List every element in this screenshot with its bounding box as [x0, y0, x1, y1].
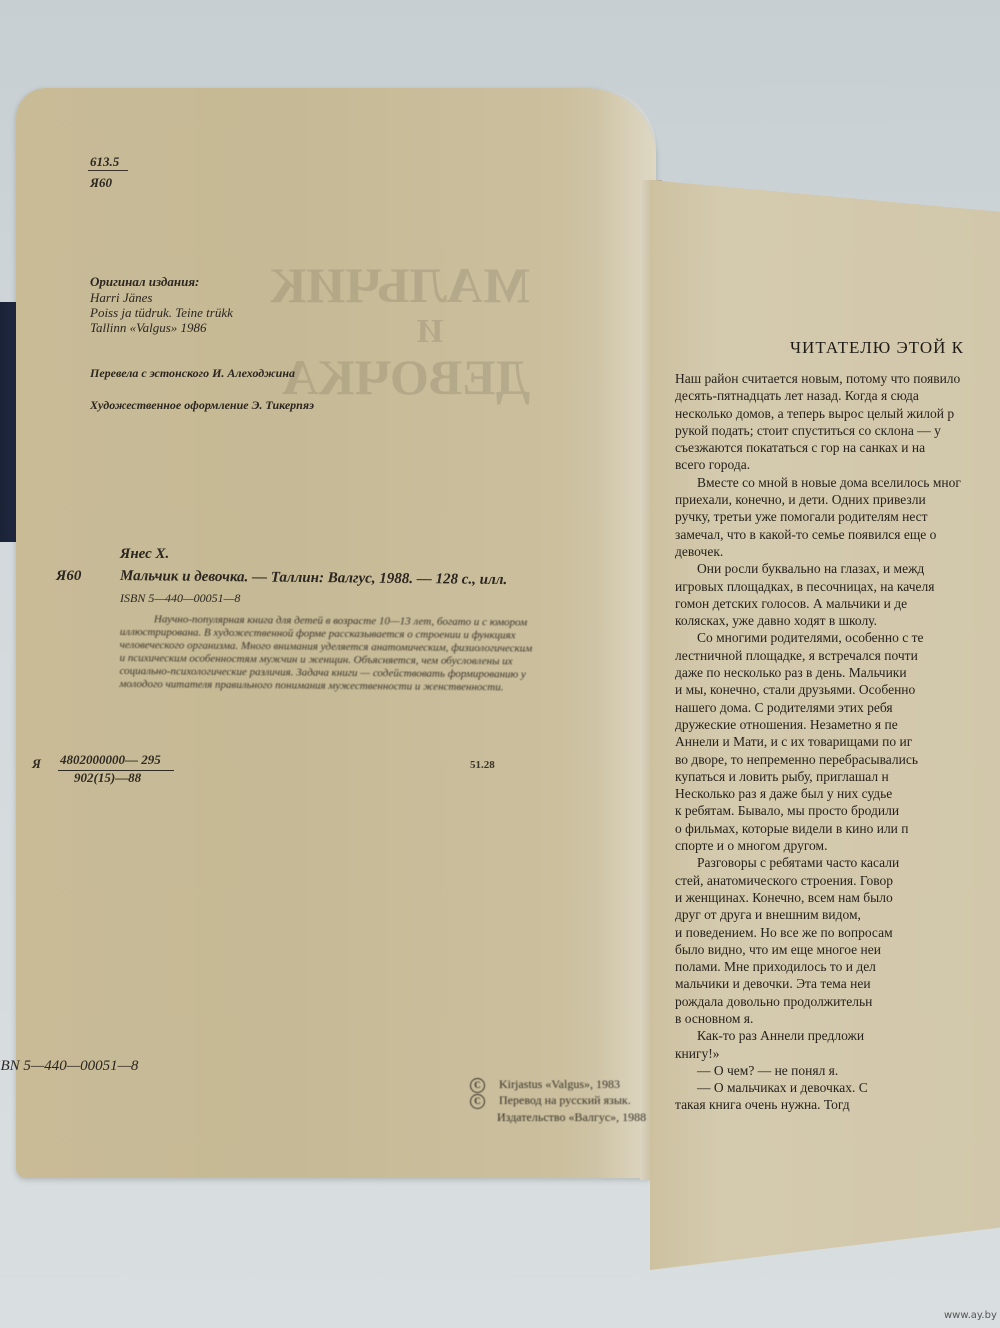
ghost-line: ДЕВОЧКА — [330, 350, 530, 405]
body-line: купаться и ловить рыбу, приглашал н — [675, 768, 1000, 785]
copyright-icon: C — [470, 1094, 485, 1109]
body-line: Как-то раз Аннели предложи — [675, 1027, 1000, 1044]
body-line: в основном я. — [675, 1010, 1000, 1027]
body-line: гомон детских голосов. А мальчики и де — [675, 595, 1000, 612]
body-line: Они росли буквально на глазах, и межд — [675, 560, 1000, 577]
body-line: Со многими родителями, особенно с те — [675, 629, 1000, 646]
udk-divider — [88, 170, 128, 171]
body-line: девочек. — [675, 543, 1000, 560]
body-line: и мы, конечно, стали друзьями. Особенно — [675, 681, 1000, 698]
fraction-numerator: 4802000000— 295 — [60, 752, 161, 768]
copyright-line: CKirjastus «Valgus», 1983 — [470, 1077, 620, 1093]
show-through-title: МАЛЬЧИК И ДЕВОЧКА — [330, 258, 530, 405]
watermark: www.ay.by — [944, 1310, 997, 1321]
copyright-line: CПеревод на русский язык. — [470, 1093, 631, 1109]
body-line: всего города. — [675, 456, 1000, 473]
body-line: такая книга очень нужна. Тогд — [675, 1096, 1000, 1113]
body-line: рождала довольно продолжительн — [675, 993, 1000, 1010]
body-line: замечал, что в какой-то семье появился е… — [675, 526, 1000, 543]
body-line: книгу!» — [675, 1045, 1000, 1062]
body-line: и поведением. Но все же по вопросам — [675, 924, 1000, 941]
copyright-icon: C — [470, 1078, 485, 1093]
isbn-bottom: ISBN 5—440—00051—8 — [0, 1058, 138, 1075]
body-line: рукой подать; стоит спуститься со склона… — [675, 422, 1000, 439]
original-edition-line: Harri Jänes — [90, 290, 152, 305]
copyright-text: Kirjastus «Valgus», 1983 — [499, 1077, 620, 1091]
body-line: колясках, уже давно ходят в школу. — [675, 612, 1000, 629]
translator-credit: Перевела с эстонского И. Алеходжина — [90, 366, 295, 381]
udk-top: 613.5 — [90, 154, 119, 170]
body-line: к ребятам. Бывало, мы просто бродили — [675, 802, 1000, 819]
body-line: приехали, конечно, и дети. Одних привезл… — [675, 491, 1000, 508]
copyright-text: Перевод на русский язык. — [499, 1093, 631, 1107]
body-line: о фильмах, которые видели в кино или п — [675, 820, 1000, 837]
bib-abstract: Научно-популярная книга для детей в возр… — [119, 613, 540, 695]
body-line: дружеские отношения. Незаметно я пе — [675, 716, 1000, 733]
body-line: нашего дома. С родителями этих ребя — [675, 699, 1000, 716]
body-line: стей, анатомического строения. Говор — [675, 872, 1000, 889]
fraction-prefix: Я — [32, 756, 41, 771]
body-line: Аннели и Мати, и с их товарищами по иг — [675, 733, 1000, 750]
bib-author: Янес Х. — [120, 546, 169, 563]
designer-credit: Художественное оформление Э. Тикерпяэ — [90, 398, 314, 413]
body-line: полами. Мне приходилось то и дел — [675, 958, 1000, 975]
body-line: мальчики и девочки. Эта тема неи — [675, 975, 1000, 992]
catalog-fraction: Я 4802000000— 295 902(15)—88 — [32, 756, 41, 772]
udk-bottom: Я60 — [90, 175, 112, 191]
body-line: — О мальчиках и девочках. С — [675, 1079, 1000, 1096]
original-edition-heading: Оригинал издания: — [90, 274, 199, 289]
body-line: Наш район считается новым, потому что по… — [675, 370, 1000, 387]
body-line: несколько домов, а теперь вырос целый жи… — [675, 405, 1000, 422]
original-edition-line: Poiss ja tüdruk. Teine trükk — [90, 305, 233, 320]
body-line: Вместе со мной в новые дома вселилось мн… — [675, 474, 1000, 491]
body-line: — О чем? — не понял я. — [675, 1062, 1000, 1079]
body-line: было видно, что им еще многое неи — [675, 941, 1000, 958]
body-line: друг от друга и внешним видом, — [675, 906, 1000, 923]
body-line: съезжаются покататься с гор на санках и … — [675, 439, 1000, 456]
body-line: во дворе, то непременно перебрасывались — [675, 751, 1000, 768]
body-line: спорте и о многом другом. — [675, 837, 1000, 854]
body-line: даже по несколько раз в день. Мальчики — [675, 664, 1000, 681]
photo-scene: МАЛЬЧИК И ДЕВОЧКА 613.5 Я60 Оригинал изд… — [0, 0, 1000, 1328]
body-line: игровых площадках, в песочницах, на каче… — [675, 578, 1000, 595]
chapter-title: ЧИТАТЕЛЮ ЭТОЙ К — [790, 338, 964, 358]
bib-isbn: ISBN 5—440—00051—8 — [120, 591, 240, 606]
original-edition-line: Tallinn «Valgus» 1986 — [90, 320, 207, 335]
body-line: и женщинах. Конечно, всем нам было — [675, 889, 1000, 906]
body-line: лестничной площадке, я встречался почти — [675, 647, 1000, 664]
ghost-line: МАЛЬЧИК — [330, 258, 530, 313]
chapter-body: Наш район считается новым, потому что по… — [675, 370, 1000, 1114]
price-code: 51.28 — [470, 759, 495, 771]
fraction-denominator: 902(15)—88 — [74, 770, 141, 786]
body-line: Несколько раз я даже был у них судье — [675, 785, 1000, 802]
bib-code: Я60 — [56, 568, 81, 585]
body-line: десять-пятнадцать лет назад. Когда я сюд… — [675, 387, 1000, 404]
body-line: ручку, третьи уже помогали родителям нес… — [675, 508, 1000, 525]
copyright-line: Издательство «Валгус», 1988 — [497, 1110, 646, 1125]
body-line: Разговоры с ребятами часто касали — [675, 854, 1000, 871]
ghost-line: И — [330, 313, 530, 350]
